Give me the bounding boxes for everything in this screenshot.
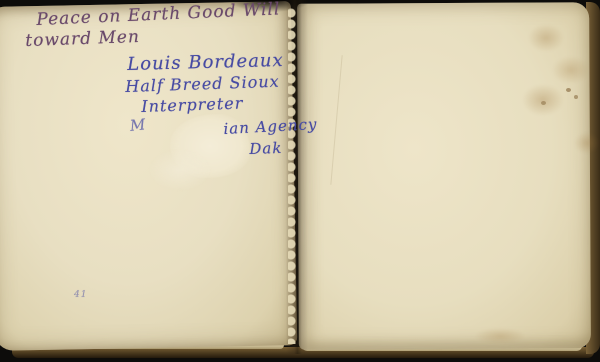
foxing-stain <box>552 56 590 84</box>
foxing-speck <box>541 101 546 105</box>
foxing-speck <box>574 95 578 99</box>
handwriting-line-dak: Dak <box>249 139 283 158</box>
foxing-stain <box>574 132 600 154</box>
handwriting-line-signature-name: Louis Bordeaux <box>127 50 284 75</box>
worn-paper-patch-secondary <box>150 150 210 190</box>
handwriting-partial-mark: M <box>129 115 147 135</box>
foxing-stain <box>522 84 564 116</box>
handwriting-line-toward-men: toward Men <box>25 27 140 51</box>
foxing-stain <box>528 24 564 52</box>
foxing-stain <box>474 328 526 344</box>
handwriting-line-interpreter: Interpreter <box>141 93 244 116</box>
scanned-album-photo: Peace on Earth Good Will toward Men Loui… <box>0 0 600 362</box>
foxing-speck <box>566 88 571 92</box>
corner-pencil-mark: 41 <box>74 290 87 300</box>
deckled-page-edge <box>288 8 298 344</box>
